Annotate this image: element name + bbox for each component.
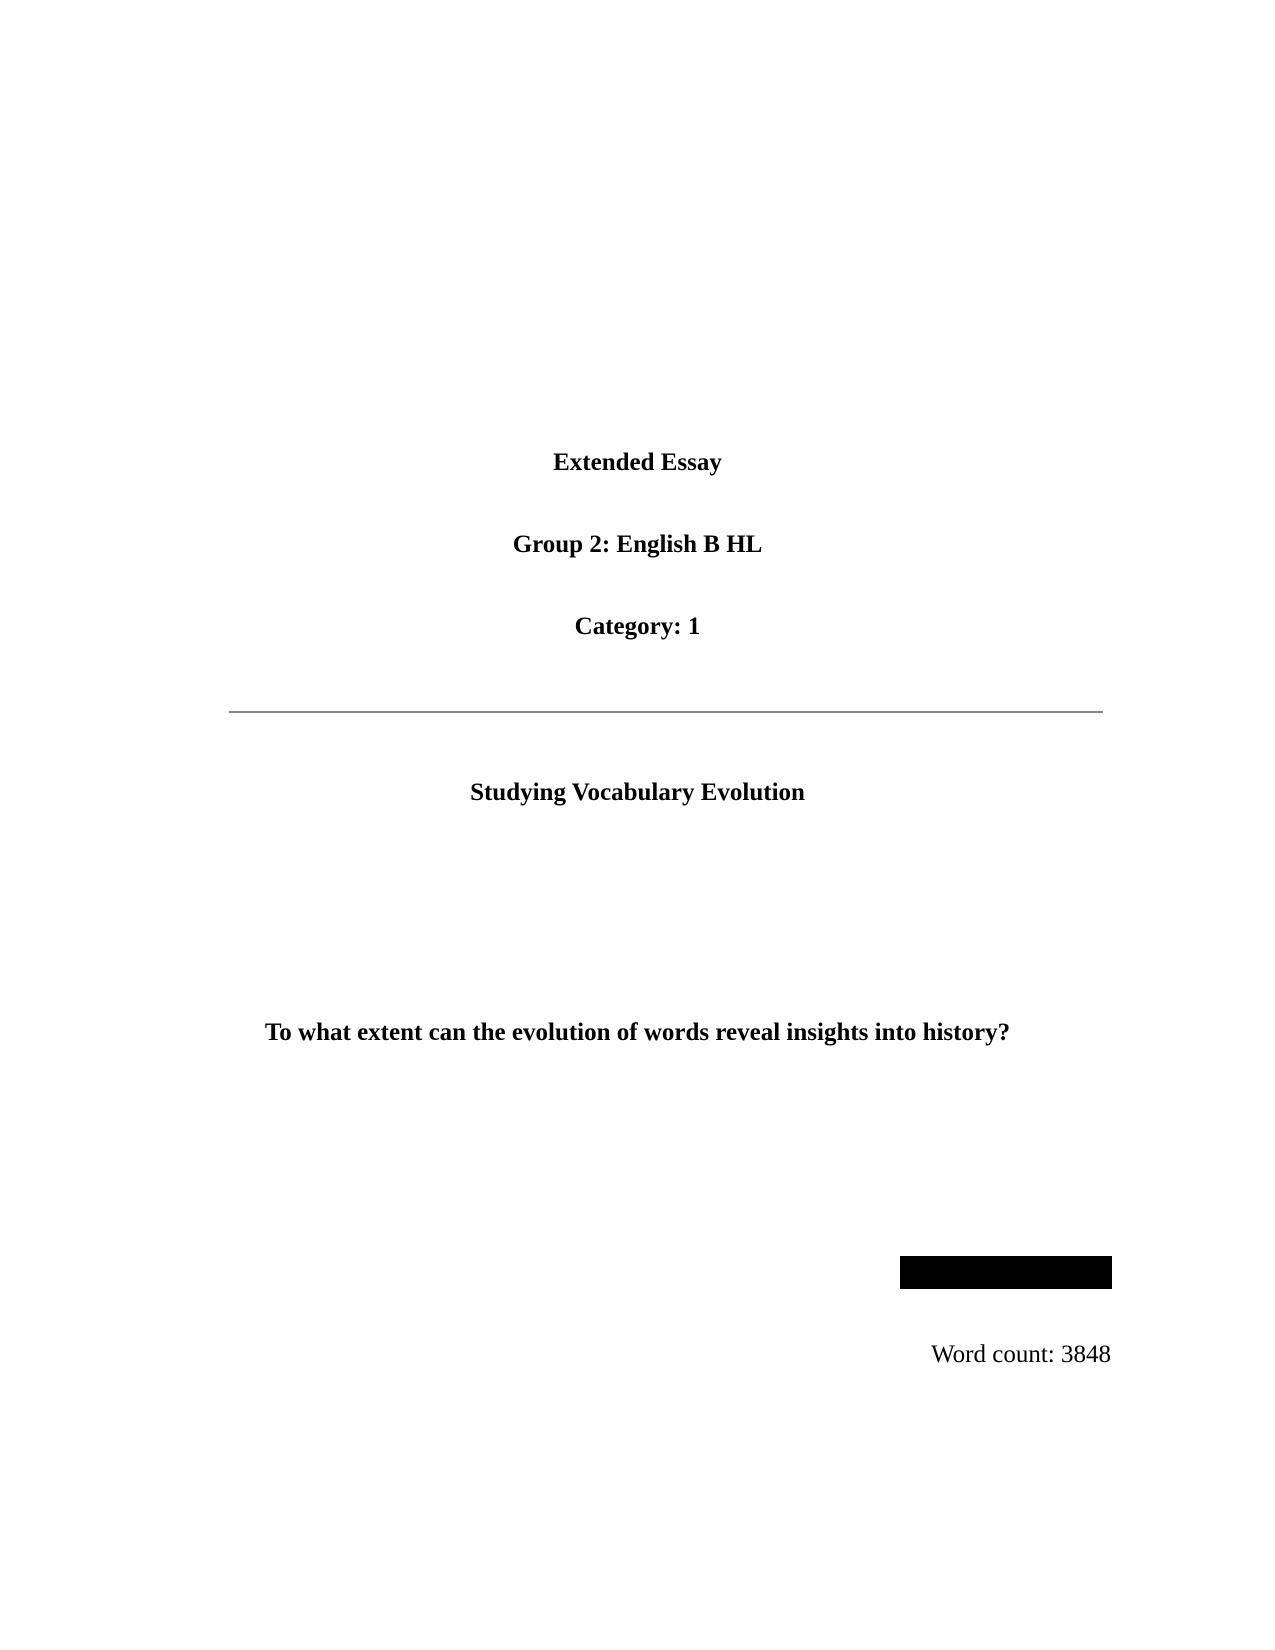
category-label: Category: 1 (0, 612, 1275, 642)
horizontal-divider (229, 711, 1103, 713)
essay-title: Studying Vocabulary Evolution (0, 778, 1275, 808)
redacted-candidate-code (900, 1256, 1112, 1289)
essay-type-heading: Extended Essay (0, 448, 1275, 478)
word-count: Word count: 3848 (931, 1340, 1111, 1370)
research-question: To what extent can the evolution of word… (0, 1018, 1275, 1048)
subject-group: Group 2: English B HL (0, 530, 1275, 560)
